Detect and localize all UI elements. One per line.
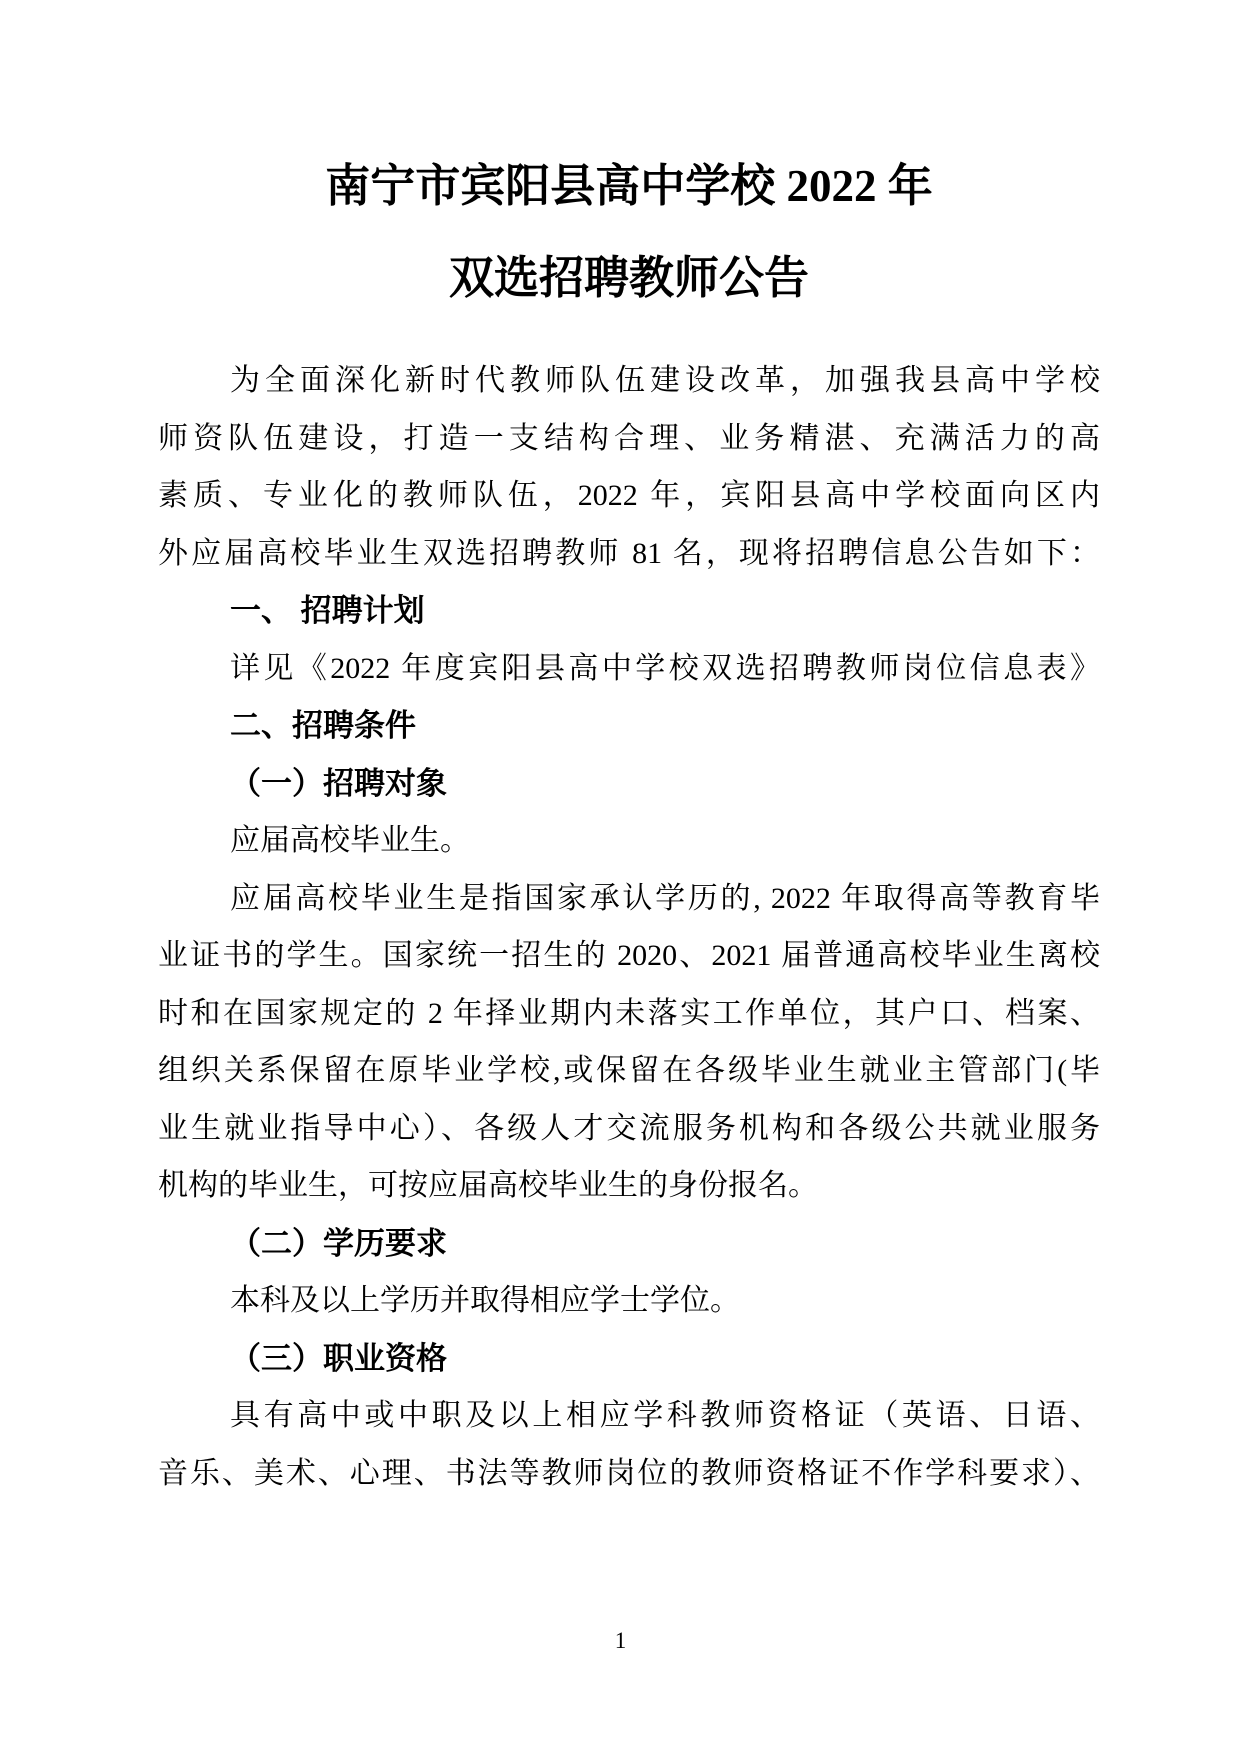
- text-line: 外应届高校毕业生双选招聘教师 81 名，现将招聘信息公告如下：: [158, 525, 1100, 583]
- text-line: 应届高校毕业生是指国家承认学历的, 2022 年取得高等教育毕: [158, 870, 1100, 928]
- heading-line: 二、招聘条件: [158, 697, 1100, 755]
- text-line: 应届高校毕业生。: [158, 812, 1100, 870]
- text-line: 师资队伍建设，打造一支结构合理、业务精湛、充满活力的高: [158, 410, 1100, 468]
- heading-line: （三）职业资格: [158, 1330, 1100, 1388]
- text-line: 时和在国家规定的 2 年择业期内未落实工作单位，其户口、档案、: [158, 985, 1100, 1043]
- text-line: 为全面深化新时代教师队伍建设改革，加强我县高中学校: [158, 352, 1100, 410]
- text-line: 具有高中或中职及以上相应学科教师资格证（英语、日语、: [158, 1387, 1100, 1445]
- text-line: 机构的毕业生，可按应届高校毕业生的身份报名。: [158, 1157, 1100, 1215]
- heading-line: 一、 招聘计划: [158, 582, 1100, 640]
- document-content: 南宁市宾阳县高中学校 2022 年 双选招聘教师公告 为全面深化新时代教师队伍建…: [158, 140, 1100, 1502]
- text-line: 业证书的学生。国家统一招生的 2020、2021 届普通高校毕业生离校: [158, 927, 1100, 985]
- document-body: 为全面深化新时代教师队伍建设改革，加强我县高中学校师资队伍建设，打造一支结构合理…: [158, 352, 1100, 1502]
- text-line: 素质、专业化的教师队伍，2022 年，宾阳县高中学校面向区内: [158, 467, 1100, 525]
- document-title: 南宁市宾阳县高中学校 2022 年 双选招聘教师公告: [158, 140, 1100, 324]
- text-line: 音乐、美术、心理、书法等教师岗位的教师资格证不作学科要求）、: [158, 1445, 1100, 1503]
- heading-line: （二）学历要求: [158, 1215, 1100, 1273]
- page-number: 1: [0, 1628, 1241, 1654]
- text-line: 本科及以上学历并取得相应学士学位。: [158, 1272, 1100, 1330]
- document-title-line-2: 双选招聘教师公告: [158, 232, 1100, 324]
- text-line: 组织关系保留在原毕业学校,或保留在各级毕业生就业主管部门(毕: [158, 1042, 1100, 1100]
- text-line: 详见《2022 年度宾阳县高中学校双选招聘教师岗位信息表》: [158, 640, 1100, 698]
- text-line: 业生就业指导中心）、各级人才交流服务机构和各级公共就业服务: [158, 1100, 1100, 1158]
- document-title-line-1: 南宁市宾阳县高中学校 2022 年: [158, 140, 1100, 232]
- document-page: 南宁市宾阳县高中学校 2022 年 双选招聘教师公告 为全面深化新时代教师队伍建…: [0, 0, 1241, 1754]
- heading-line: （一）招聘对象: [158, 755, 1100, 813]
